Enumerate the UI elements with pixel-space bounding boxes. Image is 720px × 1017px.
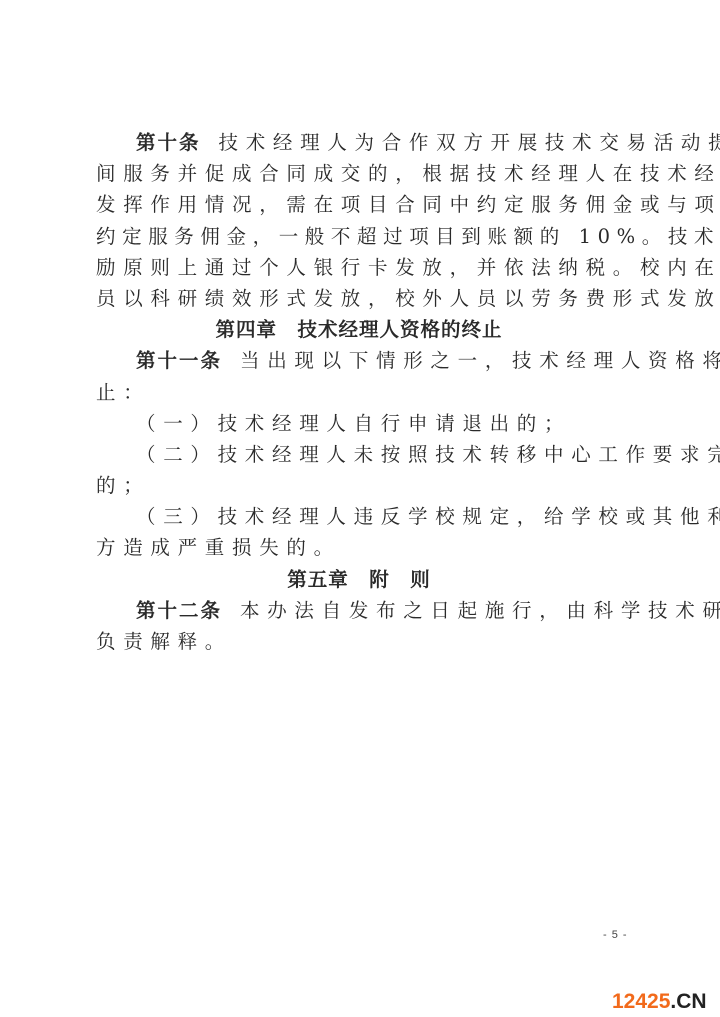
article-label: 第十二条 [136,599,222,622]
document-body: 第十条技术经理人为合作双方开展技术交易活动提供居 间服务并促成合同成交的，根据技… [96,127,622,657]
paragraph-line: 第十二条本办法自发布之日起施行，由科学技术研究院 [96,595,622,626]
watermark-tld: .CN [670,990,706,1013]
list-item: （一）技术经理人自行申请退出的； [96,408,622,439]
paragraph-line: 负责解释。 [96,626,622,657]
article-12: 第十二条本办法自发布之日起施行，由科学技术研究院 负责解释。 [96,595,622,657]
page-number: - 5 - [603,929,628,941]
chapter-heading: 第五章 附 则 [96,564,622,595]
list-item: （三）技术经理人违反学校规定，给学校或其他利益相关 [96,501,622,532]
paragraph-line: 第十条技术经理人为合作双方开展技术交易活动提供居 [96,127,622,158]
article-label: 第十一条 [136,349,222,372]
watermark-number: 12425 [612,990,670,1013]
paragraph-line: 止： [96,377,622,408]
watermark-logo: 12425.CN [612,990,707,1014]
document-page: 第十条技术经理人为合作双方开展技术交易活动提供居 间服务并促成合同成交的，根据技… [0,0,720,1017]
chapter-heading: 第四章 技术经理人资格的终止 [96,314,622,345]
paragraph-line: 间服务并促成合同成交的，根据技术经理人在技术经纪过程中 [96,158,622,189]
paragraph-line: 约定服务佣金，一般不超过项目到账额的 10%。技术经理人的奖 [96,221,622,252]
list-item: （二）技术经理人未按照技术转移中心工作要求完成任务 [96,439,622,470]
paragraph-line: 发挥作用情况，需在项目合同中约定服务佣金或与项目负责人 [96,189,622,220]
article-11: 第十一条当出现以下情形之一，技术经理人资格将被终 止： （一）技术经理人自行申请… [96,345,622,563]
article-10: 第十条技术经理人为合作双方开展技术交易活动提供居 间服务并促成合同成交的，根据技… [96,127,622,314]
paragraph-line: 员以科研绩效形式发放，校外人员以劳务费形式发放。 [96,283,622,314]
article-label: 第十条 [136,131,201,154]
paragraph-line: 励原则上通过个人银行卡发放，并依法纳税。校内在职在岗人 [96,252,622,283]
list-item-continuation: 方造成严重损失的。 [96,532,622,563]
paragraph-line: 第十一条当出现以下情形之一，技术经理人资格将被终 [96,345,622,376]
list-item-continuation: 的； [96,470,622,501]
